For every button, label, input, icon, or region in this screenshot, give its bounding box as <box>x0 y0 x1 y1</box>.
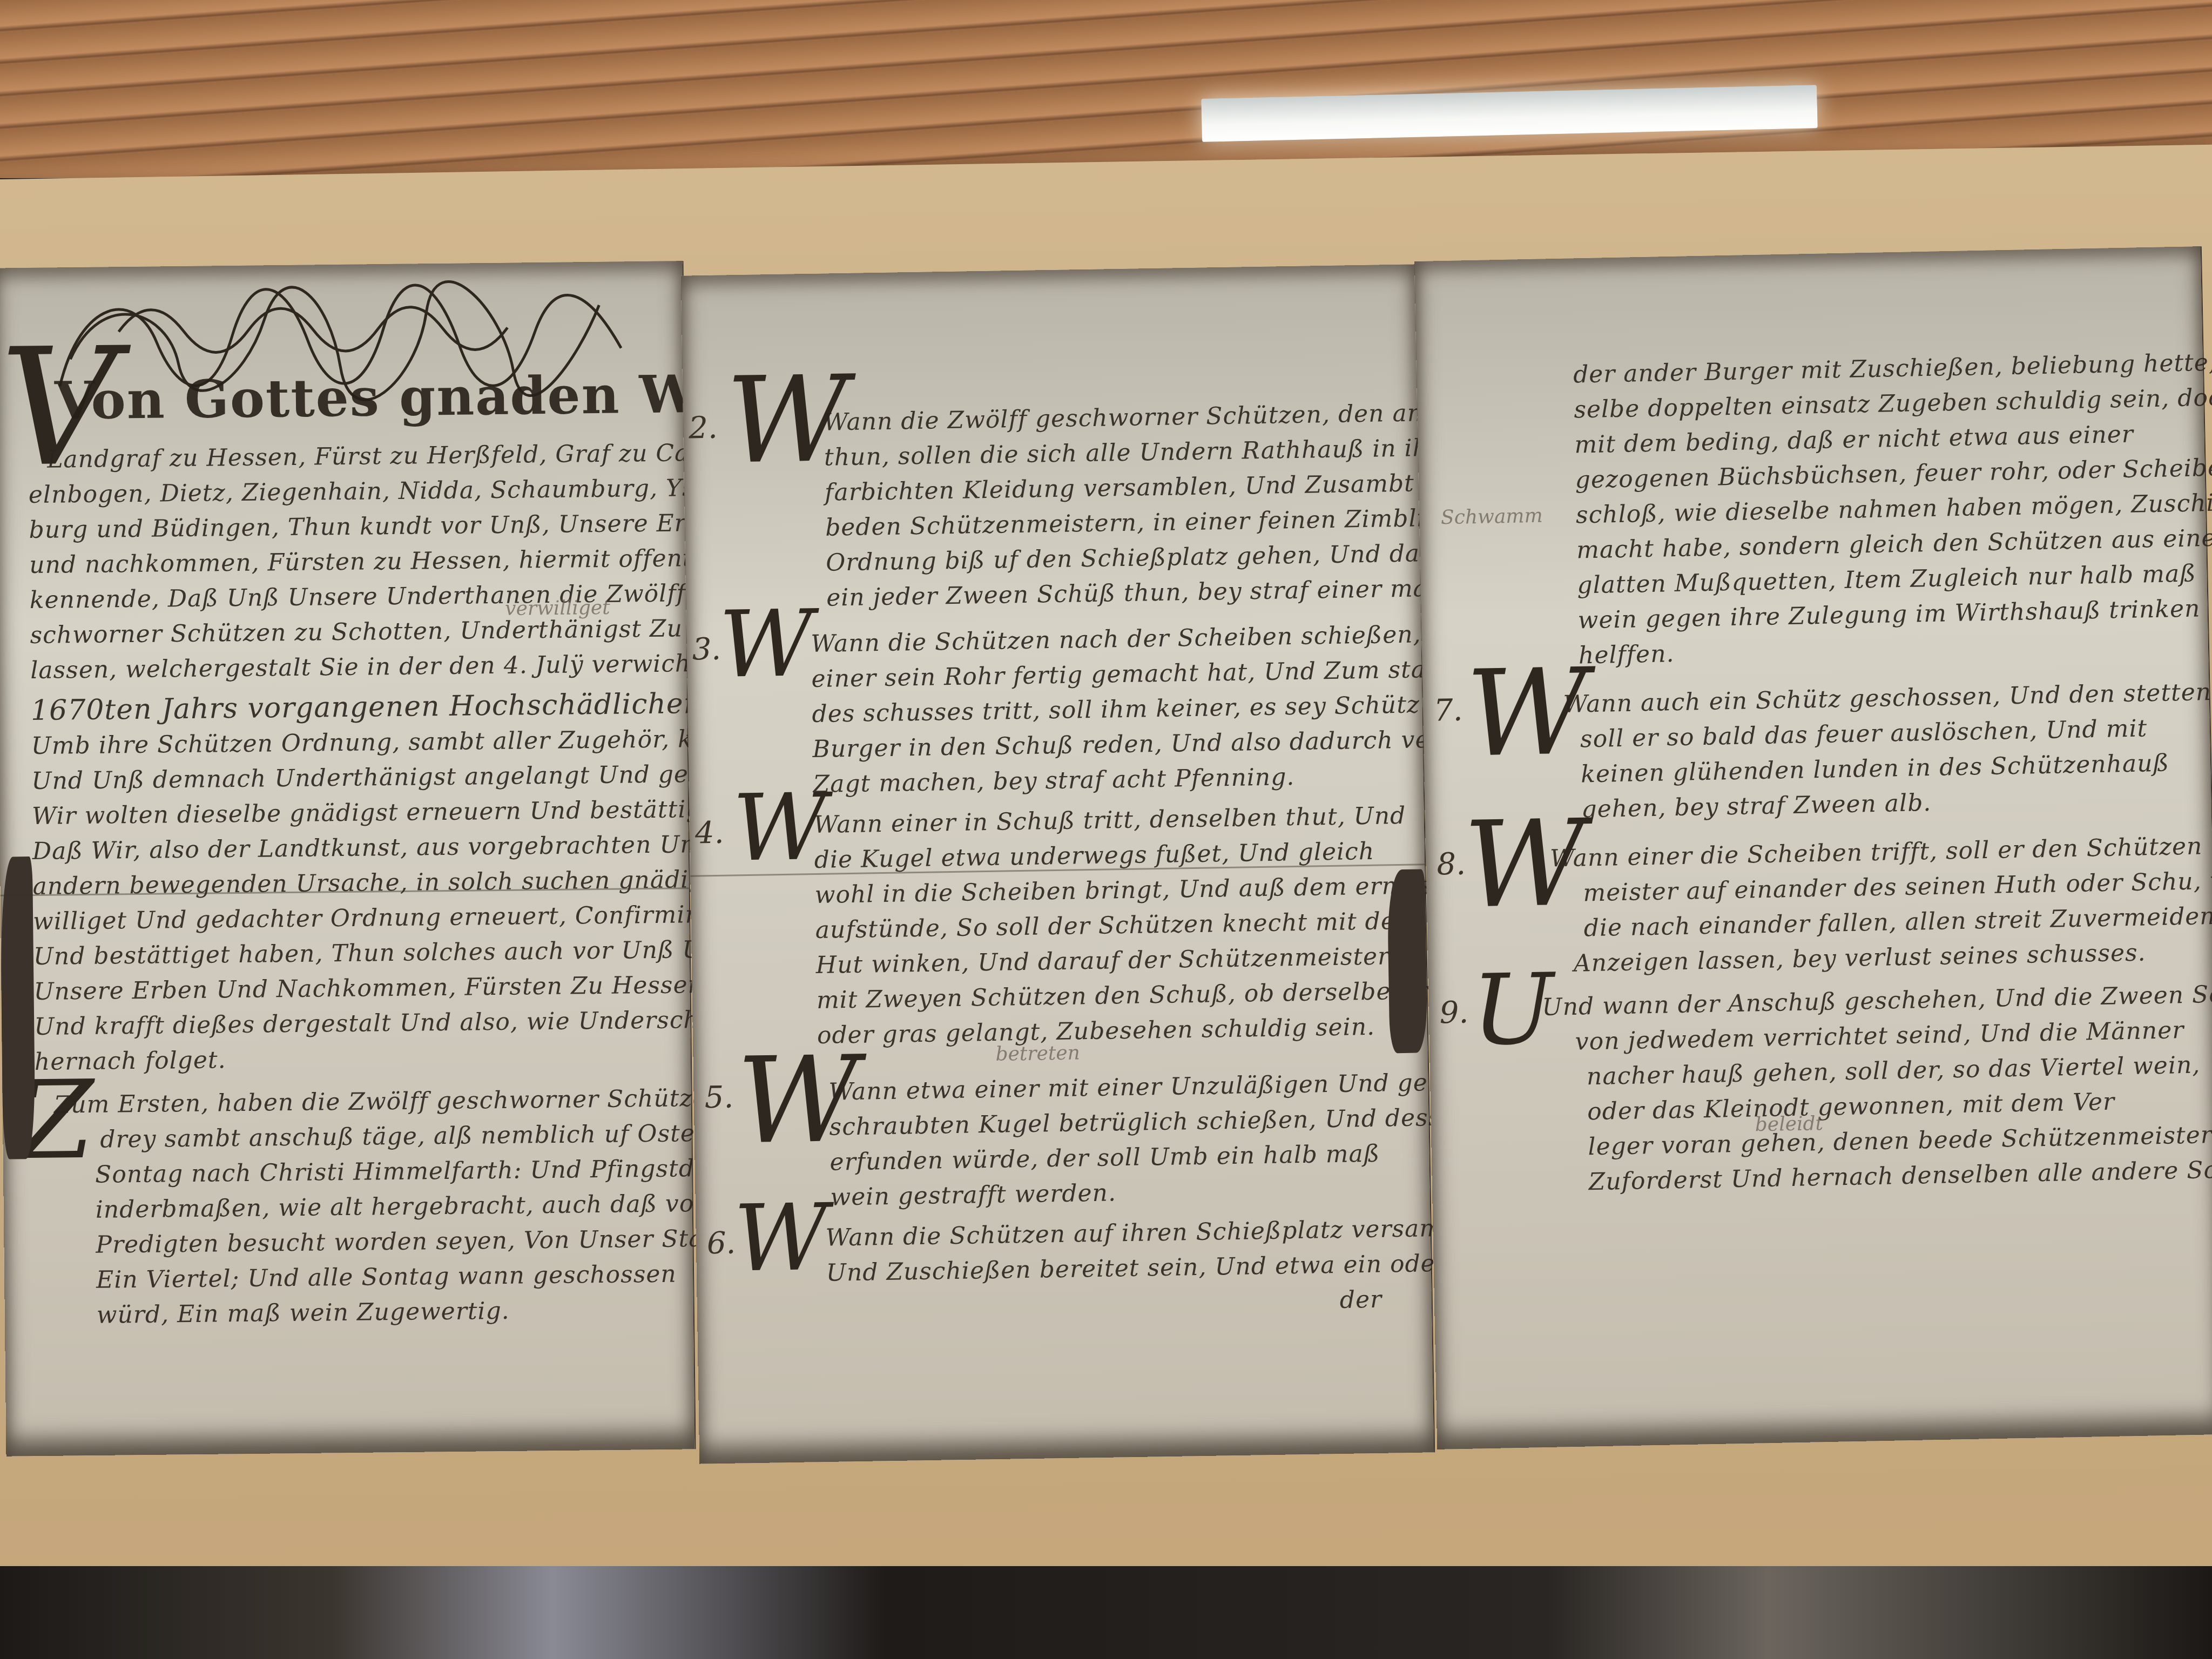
text-line: oder gras gelangt, Zubesehen schuldig se… <box>817 1013 1375 1049</box>
section-number: 6. <box>706 1225 736 1261</box>
margin-note: verwilliget <box>505 597 610 620</box>
initial-letter-W: W <box>733 1192 828 1285</box>
section-number: 5. <box>704 1080 733 1115</box>
text-line: der <box>1339 1286 1382 1314</box>
section-number: 2. <box>689 410 718 446</box>
text-line: Unsere Erben Und Nachkommen, Fürsten Zu … <box>33 970 804 1006</box>
text-line: Daß Wir, also der Landtkunst, aus vorgeb… <box>32 831 722 865</box>
paper-damage <box>0 857 36 1159</box>
text-line: Wann die Zwölff geschworner Schützen, de… <box>824 398 1498 436</box>
text-line: Zagt machen, bey straf acht Pfenning. <box>813 763 1295 798</box>
text-line: Und wann der Anschuß geschehen, Und die … <box>1542 979 2212 1021</box>
text-line: Umb ihre Schützen Ordnung, sambt aller Z… <box>31 724 793 760</box>
text-line: oder das Kleinodt gewonnen, mit dem Ver <box>1587 1088 2115 1126</box>
paper-damage <box>1387 869 1427 1053</box>
text-line: des schusses tritt, soll ihm keiner, es … <box>812 690 1485 729</box>
document-page-3: der ander Burger mit Zuschießen, beliebu… <box>1414 246 2212 1449</box>
section-number: 7. <box>1433 693 1463 729</box>
text-line: Ordnung biß uf den Schießplatz gehen, Un… <box>826 538 1494 576</box>
text-line: Wann etwa einer mit einer Unzuläßigen Un… <box>828 1069 1428 1105</box>
margin-note: Schwamm <box>1441 505 1543 529</box>
text-line: macht habe, sondern gleich den Schützen … <box>1576 524 2212 564</box>
text-line: burg und Büdingen, Thun kundt vor Unß, U… <box>29 509 732 544</box>
text-line: wein gegen ihre Zulegung im Wirthshauß t… <box>1577 595 2200 634</box>
text-line: Wann auch ein Schütz geschossen, Und den… <box>1563 676 2212 718</box>
text-line: mit Zweyen Schützen den Schuß, ob dersel… <box>817 977 1445 1014</box>
text-line: wohl in die Scheiben bringt, Und auß dem… <box>814 871 1475 909</box>
text-line: aufstünde, So soll der Schützen knecht m… <box>815 907 1418 945</box>
text-line: andern bewegenden Ursache, in solch such… <box>32 865 766 900</box>
text-line: der ander Burger mit Zuschießen, beliebu… <box>1573 347 2212 389</box>
text-line: nacher hauß gehen, soll der, so das Vier… <box>1587 1051 2201 1091</box>
text-line: Hut winken, Und darauf der Schützenmeist… <box>815 942 1390 979</box>
text-line: Burger in den Schuß reden, Und also dadu… <box>812 725 1454 763</box>
margin-note: betreten <box>995 1042 1080 1065</box>
text-line: farbichten Kleidung versamblen, Und Zusa… <box>825 469 1465 507</box>
text-line: Wann einer die Scheiben trifft, soll er … <box>1550 832 2203 872</box>
text-line: glatten Mußquetten, Item Zugleich nur ha… <box>1577 560 2196 599</box>
text-line: meister auf einander des seinen Huth ode… <box>1583 867 2212 907</box>
text-line: mit dem beding, daß er nicht etwa aus ei… <box>1574 421 2134 459</box>
text-line: gezogenen Büchsbüchsen, feuer rohr, oder… <box>1575 454 2212 494</box>
text-line: elnbogen, Dietz, Ziegenhain, Nidda, Scha… <box>29 474 726 509</box>
text-line: Und krafft dießes dergestalt Und also, w… <box>34 1005 794 1041</box>
text-line: beden Schützenmeistern, in einer feinen … <box>825 503 1486 541</box>
text-line: Ein Viertel; Und alle Sontag wann gescho… <box>96 1260 677 1294</box>
text-line: Und bestättiget haben, Thun solches auch… <box>33 935 745 970</box>
text-line: die nach einander fallen, allen streit Z… <box>1583 902 2212 942</box>
text-line: inderbmaßen, wie alt hergebracht, auch d… <box>96 1189 795 1224</box>
text-line: Und Unß demnach Underthänigst angelangt … <box>31 760 778 795</box>
text-line: lassen, welchergestalt Sie in der den 4.… <box>30 649 752 684</box>
document-page-1: V Von Gottes gnaden Wir Ludwig Landgraf … <box>0 261 694 1456</box>
text-line: Wir wolten dieselbe gnädigst erneuern Un… <box>32 795 740 830</box>
text-line: Zum Ersten, haben die Zwölff geschworner… <box>53 1084 770 1119</box>
initial-letter-W: W <box>718 598 814 691</box>
text-line: Wann die Schützen nach der Scheiben schi… <box>811 620 1481 658</box>
text-line: Landgraf zu Hessen, Fürst zu Herßfeld, G… <box>47 439 743 473</box>
text-line: selbe doppelten einsatz Zugeben schuldig… <box>1574 383 2212 424</box>
section-number: 9. <box>1439 995 1469 1031</box>
document-page-2: 2. W Wann die Zwölff geschworner Schütze… <box>681 264 1434 1464</box>
text-line: keinen glühenden lunden in des Schützenh… <box>1581 750 2170 788</box>
background-room <box>0 1566 2212 1659</box>
text-line: schraubten Kugel betrüglich schießen, Un… <box>829 1103 1472 1141</box>
text-line: ein jeder Zween Schüß thun, bey straf ei… <box>826 573 1520 611</box>
section-number: 3. <box>692 632 721 667</box>
text-line: Und Zuschießen bereitet sein, Und etwa e… <box>826 1250 1447 1287</box>
text-line: soll er so bald das feuer auslöschen, Un… <box>1580 714 2148 753</box>
text-line: thun, sollen die sich alle Undern Rathha… <box>824 434 1471 471</box>
section-number: 8. <box>1437 847 1466 882</box>
text-line: würd, Ein maß wein Zugewertig. <box>97 1297 510 1329</box>
text-line: und nachkommen, Fürsten zu Hessen, hierm… <box>29 544 777 579</box>
text-line: kennende, Daß Unß Unsere Underthanen die… <box>30 579 725 614</box>
text-line: williget Und gedachter Ordnung erneuert,… <box>33 901 722 935</box>
text-line: von jedwedem verrichtet seind, Und die M… <box>1575 1016 2184 1056</box>
section-number: 4. <box>695 815 724 851</box>
text-line: Wann die Schützen auf ihren Schießplatz … <box>825 1213 1499 1252</box>
text-line: Sontag nach Christi Himmelfarth: Und Pfi… <box>95 1154 780 1189</box>
text-line: wein gestrafft werden. <box>830 1179 1116 1211</box>
text-line: Zuforderst Und hernach denselben alle an… <box>1588 1155 2212 1196</box>
text-line: gehen, bey straf Zween alb. <box>1581 789 1932 823</box>
text-line: schloß, wie dieselbe nahmen haben mögen,… <box>1576 488 2212 529</box>
text-line: Wann einer in Schuß tritt, denselben thu… <box>813 802 1406 839</box>
text-line: einer sein Rohr fertig gemacht hat, Und … <box>811 655 1458 693</box>
text-line: Anzeigen lassen, bey verlust seines schu… <box>1574 939 2146 977</box>
text-line: leger voran gehen, denen beede Schützenm… <box>1588 1121 2212 1161</box>
text-line: helffen. <box>1579 640 1675 669</box>
text-line: erfunden würde, der soll Umb ein halb ma… <box>829 1140 1380 1176</box>
